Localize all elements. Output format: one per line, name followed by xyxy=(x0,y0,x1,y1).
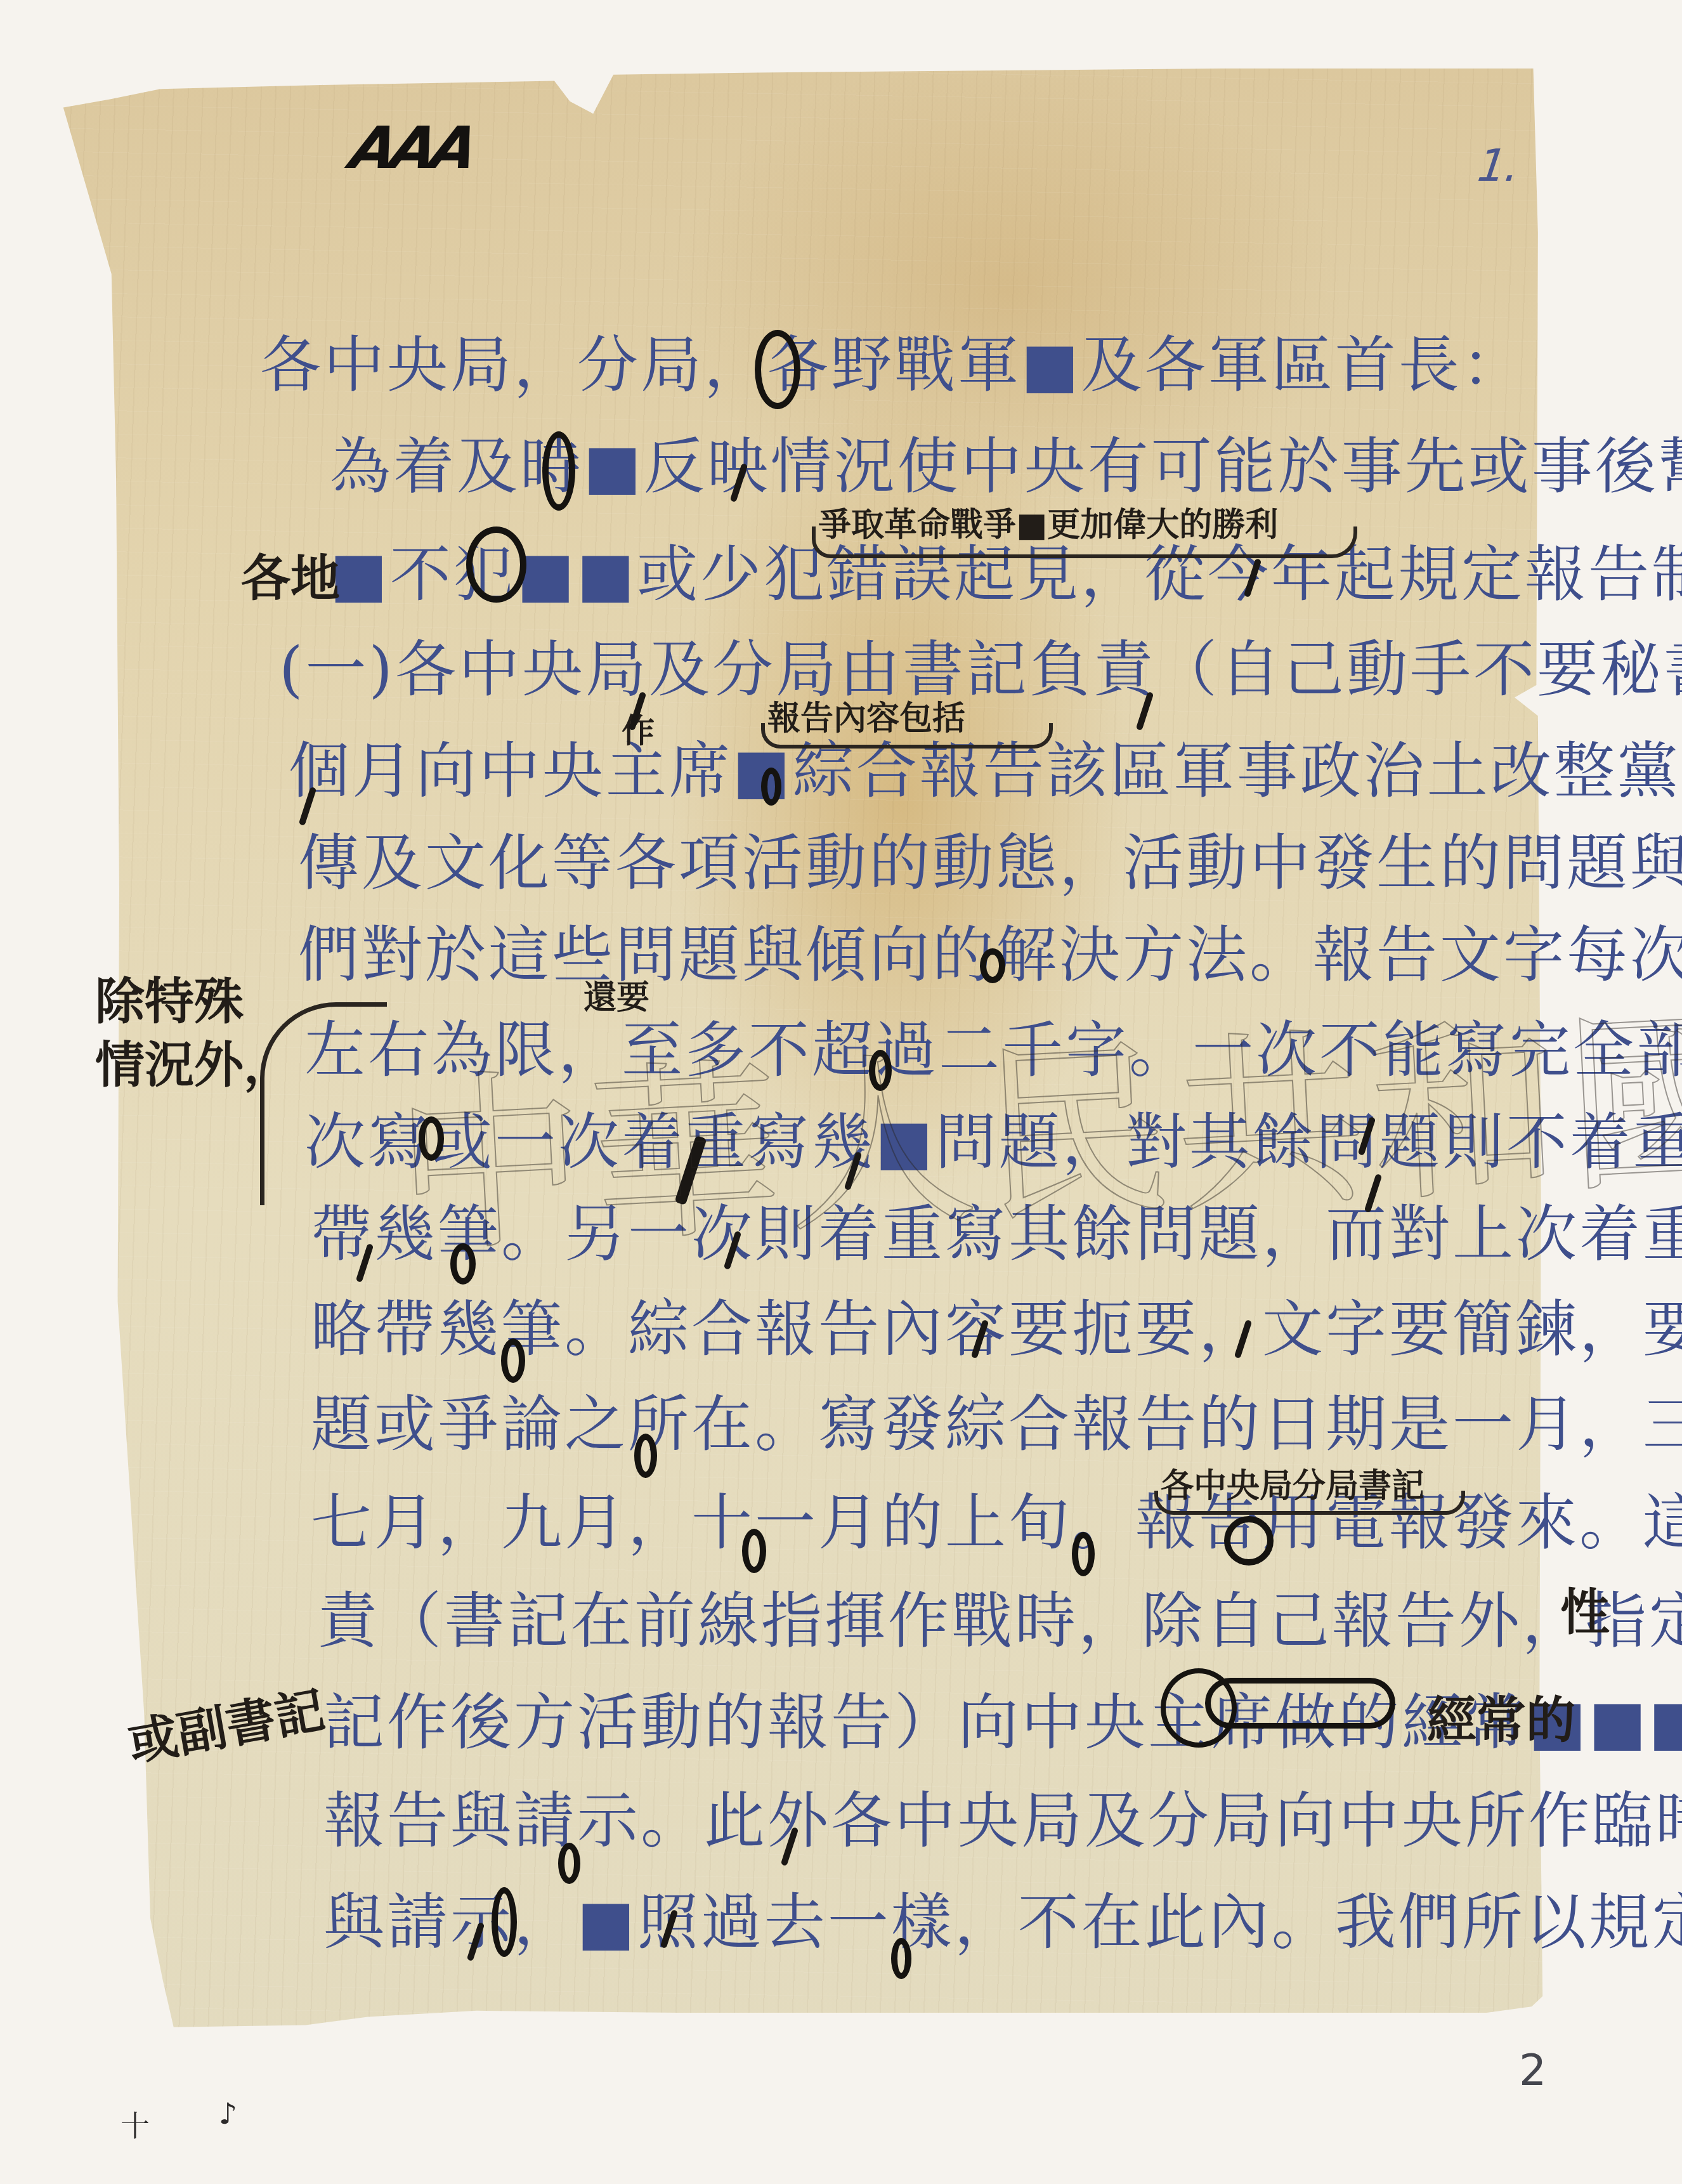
period-mark xyxy=(1072,1532,1095,1576)
deletion-box xyxy=(1205,1678,1395,1729)
deletion-circle xyxy=(466,526,526,603)
deletion-circle xyxy=(542,431,575,511)
deletion-circle xyxy=(492,1887,517,1957)
body-line-15: 報告與請示。此外各中央局及分局向中央所作臨時性的報告 xyxy=(323,1786,1682,1855)
body-line-16: 與請示，■照過去一樣，不在此內。我們所以規定這項政 xyxy=(323,1887,1682,1957)
body-line-11: 題或爭論之所在。寫發綜合報告的日期是一月，三月，五月， xyxy=(311,1389,1682,1459)
edge-mark: 十 xyxy=(121,2103,150,2145)
page-number-bottom: 2 xyxy=(1519,2046,1546,2096)
annotation-insert-xing: 性 xyxy=(1560,1573,1610,1644)
annotation-insert-gedi: 各地 xyxy=(241,539,340,610)
deletion-circle xyxy=(755,330,800,409)
period-mark xyxy=(761,768,781,806)
insert-bracket-victory xyxy=(812,526,1357,558)
edge-mark: ♪ xyxy=(219,2096,237,2131)
period-mark xyxy=(891,1938,911,1979)
body-line-13: 責（書記在前線指揮作戰時，除自己報告外，指定代理書 xyxy=(317,1586,1682,1656)
period-mark xyxy=(558,1843,580,1884)
body-line-3: (一)各中央局及分局由書記負責（自己動手不要秘書代勞）每兩 xyxy=(279,634,1682,704)
margin-note-arrow xyxy=(260,1002,387,1205)
body-line-5: 傳及文化等各項活動的動態，活動中發生的問題與傾向，你 xyxy=(298,828,1682,898)
period-mark xyxy=(501,1338,525,1383)
period-mark xyxy=(634,1434,657,1478)
insert-bracket-content xyxy=(761,723,1053,749)
addressee-line: 各中央局，分局，各野戰軍■及各軍區首長： xyxy=(260,330,1525,400)
corner-mark: AAA xyxy=(345,114,479,182)
deletion-circle xyxy=(1224,1516,1274,1566)
annotation-insert-regular: 經常的 xyxy=(1427,1681,1575,1752)
period-mark xyxy=(742,1529,766,1573)
body-line-12: 七月，九月，十一月的上旬。報告用電報發來。這是■■■人負 xyxy=(311,1488,1682,1557)
body-line-1: 為着及時■反映情況使中央有可能於事先或事後幫助 xyxy=(330,431,1682,501)
period-mark xyxy=(980,948,1005,983)
insert-bracket-secretaries xyxy=(1154,1491,1465,1515)
